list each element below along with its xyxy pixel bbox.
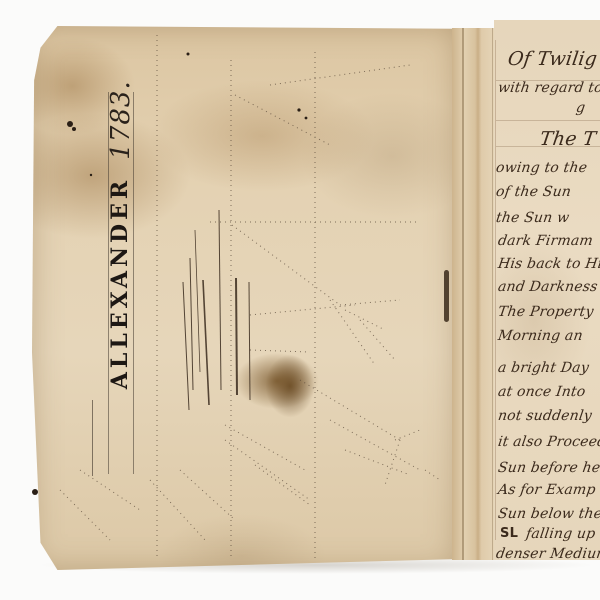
manuscript-line: the Sun w (496, 210, 570, 226)
manuscript-line: dark Firmam (497, 233, 594, 249)
manuscript-line: of the Sun (496, 184, 572, 200)
manuscript-line: falling up (525, 526, 597, 542)
ruled-line (496, 120, 600, 121)
manuscript-line: denser Medium (496, 546, 600, 562)
manuscript-line: owing to the (496, 160, 588, 176)
manuscript-line: Sun below the (497, 506, 600, 522)
inscription-name: ALLEXANDER (107, 177, 133, 389)
manuscript-heading: The T (538, 128, 597, 150)
manuscript-line: a bright Day (497, 360, 590, 376)
left-rule-line (92, 400, 93, 476)
manuscript-line: and Darkness (497, 279, 599, 295)
book-gutter (452, 28, 494, 560)
left-page (32, 26, 456, 570)
manuscript-line: at once Into (497, 384, 587, 400)
gutter-crease-right (492, 28, 493, 560)
gutter-crease (462, 28, 464, 560)
manuscript-title: Of Twilig (506, 48, 598, 70)
manuscript-line: His back to Him (497, 256, 600, 272)
manuscript-line: it also Proceeds (497, 434, 600, 450)
manuscript-line: Morning an (497, 328, 584, 344)
ink-blot (444, 270, 449, 322)
manuscript-line: Sun before he (497, 460, 600, 476)
manuscript-line: The Property (497, 304, 595, 320)
manuscript-line: not suddenly (497, 408, 593, 424)
photo-scene: 1783. ALLEXANDER Of Twilig with regard t… (0, 0, 600, 600)
inscription-year: 1783. (106, 80, 136, 159)
manuscript-text: Of Twilig with regard to g The T owing t… (496, 28, 600, 568)
manuscript-label: SL (500, 526, 518, 541)
manuscript-line: with regard to (497, 80, 600, 96)
manuscript-line: g (575, 100, 586, 116)
manuscript-line: As for Examp (497, 482, 597, 498)
